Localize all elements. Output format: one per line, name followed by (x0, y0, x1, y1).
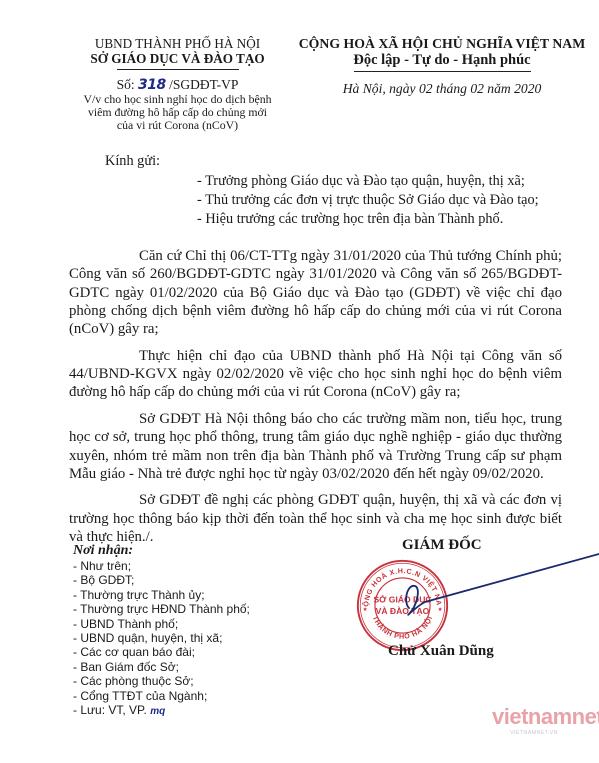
body-paragraph: Sở GDĐT Hà Nội thông báo cho các trường … (69, 410, 562, 483)
recipient-item: - Bộ GDĐT; (73, 573, 250, 587)
authority-name: UBND THÀNH PHỐ HÀ NỘI (60, 36, 295, 51)
handwritten-signature-icon (395, 548, 599, 628)
watermark-url: VIETNAMNET.VN (510, 730, 558, 736)
issuing-authority-block: UBND THÀNH PHỐ HÀ NỘI SỞ GIÁO DỤC VÀ ĐÀO… (60, 36, 295, 132)
body-paragraph: Sở GDĐT đề nghị các phòng GDĐT quận, huy… (69, 491, 562, 546)
addressee-list: - Trưởng phòng Giáo dục và Đào tạo quận,… (197, 172, 539, 229)
header-right-divider (354, 71, 531, 72)
svg-text:★: ★ (363, 606, 368, 613)
handwritten-initials: mq (150, 706, 165, 717)
watermark-brand: vietnamnet (492, 704, 599, 730)
national-motto: Độc lập - Tự do - Hạnh phúc (292, 52, 592, 69)
addressee-item: - Hiệu trưởng các trường học trên địa bà… (197, 210, 539, 229)
recipient-item: - Các cơ quan báo đài; (73, 645, 250, 659)
number-suffix: /SGDĐT-VP (169, 77, 238, 92)
signer-name: Chử Xuân Dũng (388, 643, 494, 660)
addressee-item: - Thủ trưởng các đơn vị trực thuộc Sở Gi… (197, 191, 539, 210)
nation-title: CỘNG HOÀ XÃ HỘI CHỦ NGHĨA VIỆT NAM (292, 36, 592, 52)
recipient-item: - Cổng TTĐT của Ngành; (73, 689, 250, 703)
recipient-item: - Như trên; (73, 559, 250, 573)
recipient-archive: - Lưu: VT, VP. (73, 703, 147, 717)
department-name: SỞ GIÁO DỤC VÀ ĐÀO TẠO (60, 51, 295, 67)
body-paragraph: Căn cứ Chỉ thị 06/CT-TTg ngày 31/01/2020… (69, 247, 562, 338)
body-paragraph: Thực hiện chỉ đạo của UBND thành phố Hà … (69, 347, 562, 402)
addressee-item: - Trưởng phòng Giáo dục và Đào tạo quận,… (197, 172, 539, 191)
place-date: Hà Nội, ngày 02 tháng 02 năm 2020 (292, 81, 592, 97)
recipients-title: Nơi nhận: (73, 543, 250, 558)
recipient-item: - UBND Thành phố; (73, 617, 250, 631)
national-header-block: CỘNG HOÀ XÃ HỘI CHỦ NGHĨA VIỆT NAM Độc l… (292, 36, 592, 97)
recipient-item: - Thường trực Thành ủy; (73, 588, 250, 602)
signer-title: GIÁM ĐỐC (402, 537, 482, 554)
header-left-divider (117, 69, 239, 70)
recipient-item: - Các phòng thuộc Sở; (73, 674, 250, 688)
recipient-item: - Thường trực HĐND Thành phố; (73, 602, 250, 616)
recipient-item: - UBND quận, huyện, thị xã; (73, 631, 250, 645)
document-number: Số: 318 /SGDĐT-VP (60, 77, 295, 93)
recipient-item: - Ban Giám đốc Sở; (73, 660, 250, 674)
addressee-label: Kính gửi: (105, 152, 160, 170)
document-body: Căn cứ Chỉ thị 06/CT-TTg ngày 31/01/2020… (69, 247, 562, 555)
vietnamnet-watermark: vietnamnet VIETNAMNET.VN (480, 700, 599, 740)
recipient-item: - Lưu: VT, VP. mq (73, 703, 250, 719)
subject-line: của vi rút Corona (nCoV) (60, 119, 295, 132)
recipients-block: Nơi nhận: - Như trên; - Bộ GDĐT; - Thườn… (73, 543, 250, 719)
handwritten-number: 318 (138, 77, 166, 93)
number-label: Số: (117, 77, 135, 92)
